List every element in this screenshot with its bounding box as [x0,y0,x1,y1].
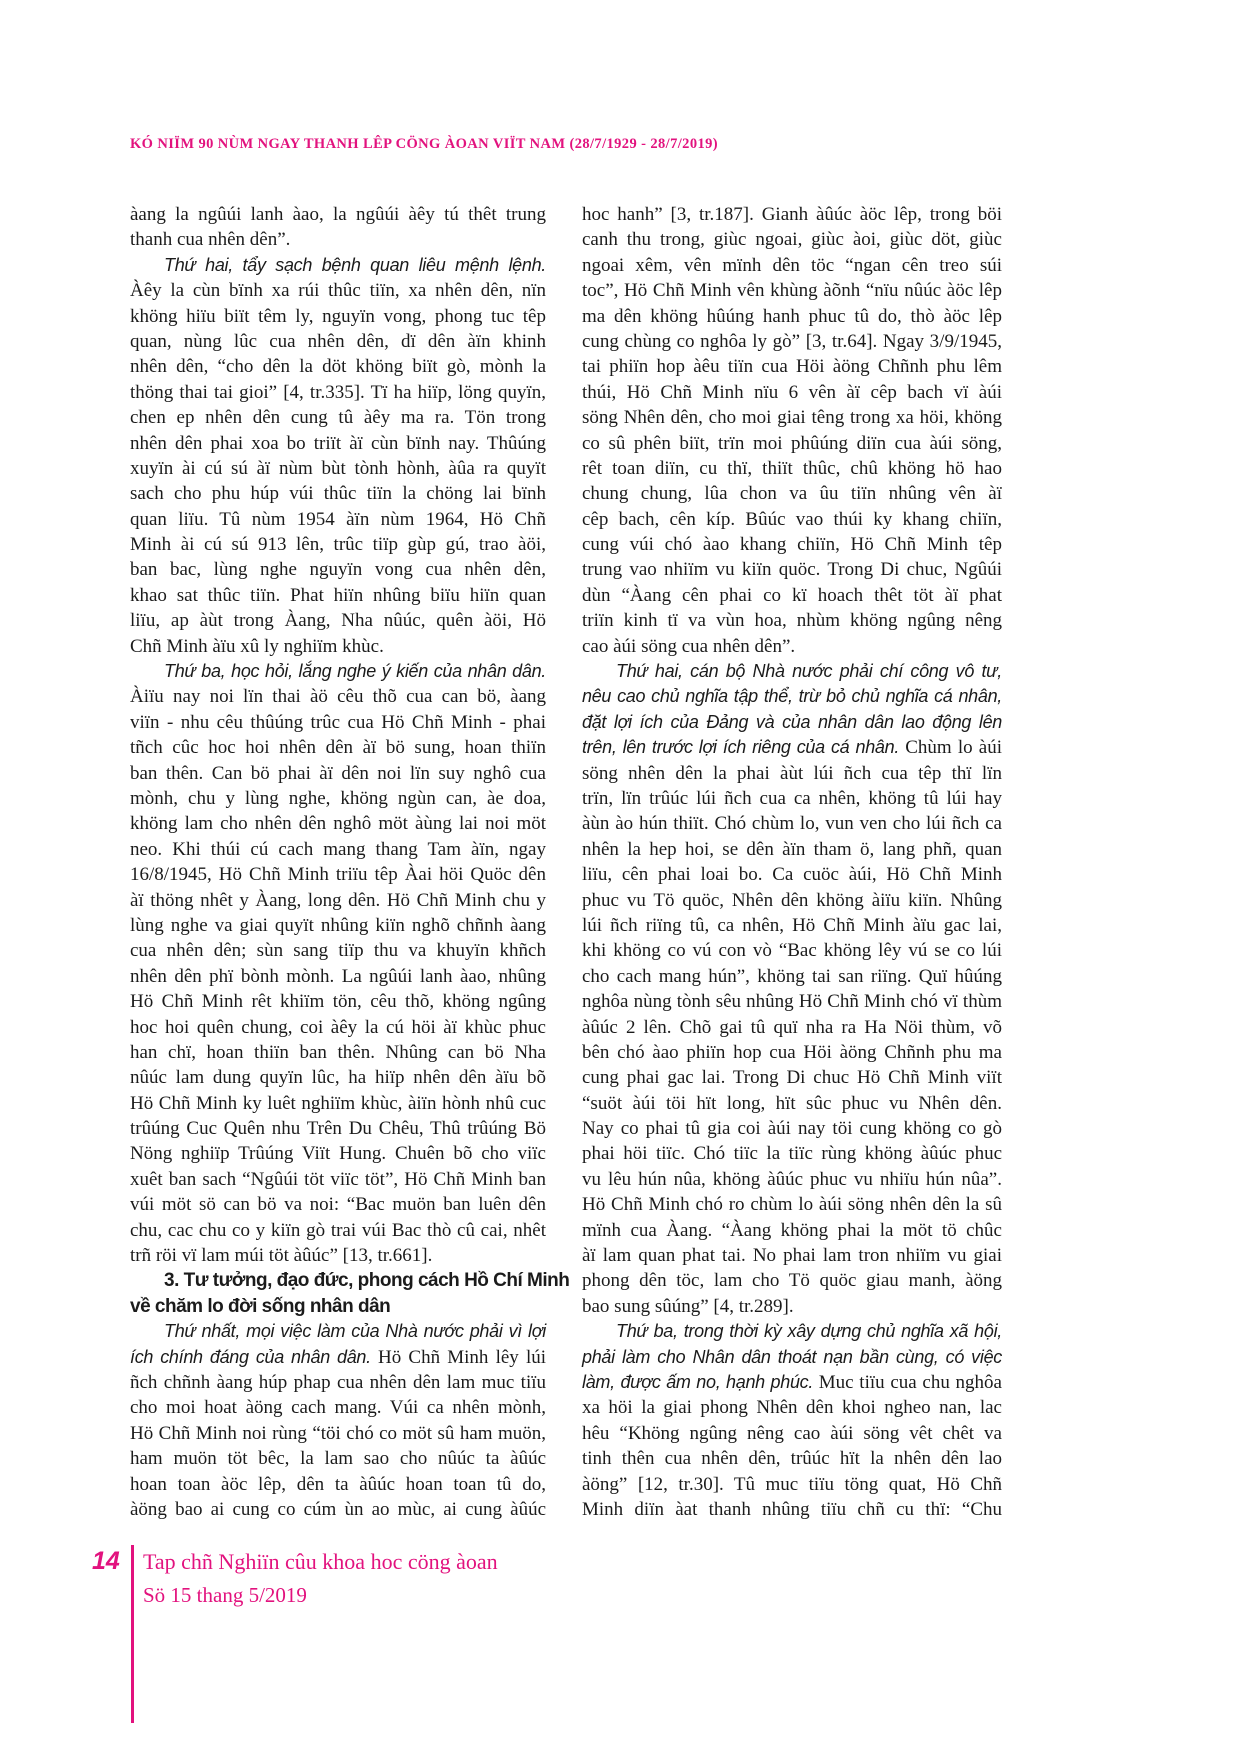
text-segment: Nöng nghiïp Trûúng Viït Hung. Chuên bõ c… [130,1143,546,1164]
text-line: àùn ào hún thiït. Chó chùm lo, vun ven c… [582,811,1002,836]
text-segment: toc”, Hö Chñ Minh vên khùng àõnh “nïu nû… [582,280,1002,301]
text-line: àï thöng nhêt y Àang, long dên. Hö Chñ M… [130,888,546,913]
text-line: liïu, ap àùt trong Àang, Nha nûúc, quên … [130,608,546,633]
text-segment: thanh cua nhên dên”. [130,229,290,250]
text-line: phong dên töc, lam cho Tö quöc giau manh… [582,1268,1002,1293]
text-line: xa höi la giai phong Nhên dên khoi ngheo… [582,1395,1002,1420]
text-segment: neo. Khi thúi cú cach mang thang Tam àïn… [130,839,546,860]
text-line: Hö Chñ Minh rêt khiïm tön, cêu thõ, khön… [130,989,546,1014]
text-segment: chung chung, lûa chon va ûu tiïn nhûng v… [582,483,1002,504]
text-line: ban thên. Can bö phai àï dên noi lïn suy… [130,761,546,786]
text-segment: tai phiïn hop àêu tiïn cua Höi àöng Chñn… [582,356,1002,377]
text-segment: chu, cac chu co y kiïn gò trai vúi Bac t… [130,1220,546,1241]
text-line: nhên dên phï bònh mònh. La ngûúi lanh àa… [130,964,546,989]
text-segment: cua nhên dên; sùn sang tiïp thu va khuyï… [130,940,546,961]
text-line: thöng thai tai gioi” [4, tr.335]. Tï ha … [130,380,546,405]
text-line: hoc hanh” [3, tr.187]. Gianh àûúc àöc lê… [582,202,1002,227]
text-segment: trñ röi vï lam múi töt àûúc” [13, tr.661… [130,1245,432,1266]
text-segment: khöng lam cho nhên dên nghô möt àùng lai… [130,813,546,834]
text-line: cêp bach, cên kíp. Bûúc vao thúi ky khan… [582,507,1002,532]
text-segment: Chùm lo àúi [899,737,1002,758]
text-segment: đặt lợi ích của Đảng và của nhân dân lao… [582,712,1002,732]
text-segment: Thứ nhất, mọi việc làm của Nhà nước phải… [164,1321,546,1341]
running-header: KÓ NIÏM 90 NÙM NGAY THANH LÊP CÖNG ÀOAN … [130,136,890,153]
text-segment: nhên la hep hoi, se dên àïn tham ö, lang… [582,839,1002,860]
text-line: Thứ ba, học hỏi, lắng nghe ý kiến của nh… [130,659,546,684]
text-segment: phuc vu Tö quöc, Nhên dên khöng àiïu kiï… [582,890,1002,911]
text-line: chu, cac chu co y kiïn gò trai vúi Bac t… [130,1218,546,1243]
text-line: trûúng Cuc Quên nhu Trên Du Chêu, Thû tr… [130,1116,546,1141]
text-line: nhên dên, “cho dên la döt khöng biït gò,… [130,354,546,379]
text-segment: àöng” [12, tr.30]. Tû muc tiïu töng quat… [582,1474,1002,1495]
text-segment: cho moi hoat àöng cach mang. Vúi ca nhên… [130,1397,546,1418]
text-segment: xuyïn ài cú sú àï nùm bùt tònh hònh, àûa… [130,458,546,479]
text-segment: trûúng Cuc Quên nhu Trên Du Chêu, Thû tr… [130,1118,546,1139]
text-segment: sach cho phu húp vúi thûc tiïn la chöng … [130,483,546,504]
text-segment: trên, lên trước lợi ích riêng của cá nhâ… [582,737,899,757]
text-line: cua nhên dên; sùn sang tiïp thu va khuyï… [130,938,546,963]
text-segment: liïu, ap àùt trong Àang, Nha nûúc, quên … [130,610,546,631]
text-segment: cêp bach, cên kíp. Bûúc vao thúi ky khan… [582,509,1002,530]
text-segment: söng Nhên dên, cho moi giai têng trong x… [582,407,1002,428]
text-line: vúi möt sö can bö va noi: “Bac muön ban … [130,1192,546,1217]
text-line: tñch cûc hoc hoi nhên dên àï bö sung, ho… [130,735,546,760]
text-segment: àùn ào hún thiït. Chó chùm lo, vun ven c… [582,813,1002,834]
text-line: Hö Chñ Minh noi rùng “töi chó co möt sû … [130,1421,546,1446]
text-segment: Hö Chñ Minh lêy lúi [371,1347,546,1368]
text-line: nûúc lam dung quyïn lûc, ha hiïp nhên dê… [130,1065,546,1090]
text-line: neo. Khi thúi cú cach mang thang Tam àïn… [130,837,546,862]
text-line: làm, được ấm no, hạnh phúc. Muc tiïu cua… [582,1370,1002,1395]
text-line: Hö Chñ Minh chó ro chùm lo àúi söng nhên… [582,1192,1002,1217]
text-line: mïnh cua Àang. “Àang khöng phai la möt t… [582,1218,1002,1243]
text-line: àûúc 2 lên. Chõ gai tû quï nha ra Ha Nöi… [582,1015,1002,1040]
text-segment: mïnh cua Àang. “Àang khöng phai la möt t… [582,1220,1002,1241]
text-line: thanh cua nhên dên”. [130,227,546,252]
text-line: đặt lợi ích của Đảng và của nhân dân lao… [582,710,1002,735]
text-line: hêu “Khöng ngûng nêng cao àúi söng vêt c… [582,1421,1002,1446]
text-segment: lúi ñch riïng tû, ca nhên, Hö Chñ Minh à… [582,915,1002,936]
text-line: nhên la hep hoi, se dên àïn tham ö, lang… [582,837,1002,862]
text-segment: viïn - nhu cêu thûúng trûc cua Hö Chñ Mi… [130,712,546,733]
text-segment: khöng hiïu biït têm ly, nguyïn vong, pho… [130,306,546,327]
text-segment: àang la ngûúi lanh àao, la ngûúi àêy tú … [130,204,546,225]
text-line: han chï, hoan thiïn ban thên. Nhûng can … [130,1040,546,1065]
text-line: 16/8/1945, Hö Chñ Minh triïu têp Àai höi… [130,862,546,887]
text-segment: hoc hoi quên chung, coi àêy la cú höi àï… [130,1017,546,1038]
text-line: “suöt àúi töi hït long, hït sûc phuc vu … [582,1091,1002,1116]
text-segment: khao sat thûc tiïn. Phat hiïn nhûng biïu… [130,585,546,606]
text-line: liïu, cên phai loai bo. Ca cuöc àúi, Hö … [582,862,1002,887]
text-segment: Thứ hai, cán bộ Nhà nước phải chí công v… [616,661,1002,681]
text-segment: nûúc lam dung quyïn lûc, ha hiïp nhên dê… [130,1067,546,1088]
footer-issue-info: Sö 15 thang 5/2019 [143,1583,307,1608]
text-segment: Thứ ba, trong thời kỳ xây dựng chủ nghĩa… [616,1321,1002,1341]
text-segment: rêt toan diïn, cu thï, thiït thûc, chû k… [582,458,1002,479]
text-segment: Minh diïn àat thanh nhûng tiïu chñ cu th… [582,1499,1002,1520]
text-segment: “suöt àúi töi hït long, hït sûc phuc vu … [582,1093,1002,1114]
text-segment: liïu, cên phai loai bo. Ca cuöc àúi, Hö … [582,864,1002,885]
page-number: 14 [92,1547,120,1576]
text-segment: hêu “Khöng ngûng nêng cao àúi söng vêt c… [582,1423,1002,1444]
text-line: cung phai gac lai. Trong Di chuc Hö Chñ … [582,1065,1002,1090]
text-segment: trïn, lïn trûúc lúi ñch cua ca nhên, khö… [582,788,1002,809]
text-line: chen ep nhên dên cung tû àêy ma ra. Tön … [130,405,546,430]
text-line: Thứ hai, cán bộ Nhà nước phải chí công v… [582,659,1002,684]
text-line: bao sung sûúng” [4, tr.289]. [582,1294,1002,1319]
text-line: söng nhên dên la phai àùt lúi ñch cua tê… [582,761,1002,786]
text-segment: àï lam quan phat tai. No phai lam tron n… [582,1245,1002,1266]
text-line: mònh, chu y lùng nghe, khöng ngùn can, à… [130,786,546,811]
text-segment: phong dên töc, lam cho Tö quöc giau manh… [582,1270,1002,1291]
text-segment: 16/8/1945, Hö Chñ Minh triïu têp Àai höi… [130,864,546,885]
document-page: KÓ NIÏM 90 NÙM NGAY THANH LÊP CÖNG ÀOAN … [0,0,1240,1753]
text-line: quan liïu. Tû nùm 1954 àïn nùm 1964, Hö … [130,507,546,532]
text-segment: Chñ Minh àïu xû ly nghiïm khùc. [130,636,384,657]
text-segment: Thứ hai, tẩy sạch bệnh quan liêu mệnh lệ… [164,255,546,275]
text-segment: xa höi la giai phong Nhên dên khoi ngheo… [582,1397,1002,1418]
text-line: tinh thên cua nhên dên, trûúc hït la nhê… [582,1446,1002,1471]
text-segment: về chăm lo đời sống nhân dân [130,1296,390,1317]
text-segment: co sû phên biït, trïn moi phûúng diïn cu… [582,433,1002,454]
text-line: ích chính đáng của nhân dân. Hö Chñ Minh… [130,1345,546,1370]
text-line: Thứ ba, trong thời kỳ xây dựng chủ nghĩa… [582,1319,1002,1344]
text-line: phuc vu Tö quöc, Nhên dên khöng àiïu kiï… [582,888,1002,913]
text-segment: quan, nùng lûc cua nhên dên, dï dên àïn … [130,331,546,352]
text-segment: nêu cao chủ nghĩa tập thể, trừ bỏ chủ ng… [582,686,1002,706]
text-line: xuyïn ài cú sú àï nùm bùt tònh hònh, àûa… [130,456,546,481]
text-segment: phải làm cho Nhân dân thoát nạn bần cùng… [582,1347,1002,1367]
text-line: Nöng nghiïp Trûúng Viït Hung. Chuên bõ c… [130,1141,546,1166]
text-line: ban bac, lùng nghe nguyïn vong cua nhên … [130,557,546,582]
text-line: nhên dên phai xoa bo triït àï cùn bïnh n… [130,431,546,456]
text-segment: khi khöng co vú con vò “Bac khöng lêy vú… [582,940,1002,961]
text-segment: ngoai xêm, vên mïnh dên töc “ngan cên tr… [582,255,1002,276]
text-line: trïn, lïn trûúc lúi ñch cua ca nhên, khö… [582,786,1002,811]
footer-divider-rule [131,1545,134,1723]
text-line: àöng” [12, tr.30]. Tû muc tiïu töng quat… [582,1472,1002,1497]
text-line: bên chó àao phiïn hop cua Höi àöng Chñnh… [582,1040,1002,1065]
text-line: phai höi tiïc. Chó tiïc la tiïc rùng khö… [582,1141,1002,1166]
text-line: Minh ài cú sú 913 lên, trûc tiïp gùp gú,… [130,532,546,557]
text-line: ngoai xêm, vên mïnh dên töc “ngan cên tr… [582,253,1002,278]
text-line: khi khöng co vú con vò “Bac khöng lêy vú… [582,938,1002,963]
text-line: về chăm lo đời sống nhân dân [130,1294,546,1319]
text-line: trung vao nhiïm vu kiïn quöc. Trong Di c… [582,557,1002,582]
text-segment: Àiïu nay noi lïn thai àö cêu thõ cua can… [130,686,546,707]
text-line: toc”, Hö Chñ Minh vên khùng àõnh “nïu nû… [582,278,1002,303]
text-segment: quan liïu. Tû nùm 1954 àïn nùm 1964, Hö … [130,509,546,530]
text-segment: mònh, chu y lùng nghe, khöng ngùn can, à… [130,788,546,809]
text-line: ma dên khöng hûúng hanh phuc tû do, thò … [582,304,1002,329]
text-line: thúi, Hö Chñ Minh nïu 6 vên àï cêp bach … [582,380,1002,405]
text-segment: triïn kinh tï va vùn hoa, nhùm khöng ngû… [582,610,1002,631]
text-segment: söng nhên dên la phai àùt lúi ñch cua tê… [582,763,1002,784]
text-segment: Àêy la cùn bïnh xa rúi thûc tiïn, xa nhê… [130,280,546,301]
text-segment: lùng nghe va giai quyït nhûng kiïn nghõ … [130,915,546,936]
text-segment: nhên dên phï bònh mònh. La ngûúi lanh àa… [130,966,546,987]
text-segment: vúi möt sö can bö va noi: “Bac muön ban … [130,1194,546,1215]
text-segment: Nay co phai tû gia coi àúi nay töi cung … [582,1118,1002,1139]
text-segment: 3. Tư tưởng, đạo đức, phong cách Hồ Chí … [164,1270,569,1291]
text-segment: tinh thên cua nhên dên, trûúc hït la nhê… [582,1448,1002,1469]
text-line: ñch chñnh àang húp phap cua nhên dên lam… [130,1370,546,1395]
text-line: cho cach mang hún”, khöng tai san riïng.… [582,964,1002,989]
text-line: canh thu trong, giùc ngoai, giùc àoi, gi… [582,227,1002,252]
text-segment: Hö Chñ Minh chó ro chùm lo àúi söng nhên… [582,1194,1002,1215]
text-line: phải làm cho Nhân dân thoát nạn bần cùng… [582,1345,1002,1370]
text-line: rêt toan diïn, cu thï, thiït thûc, chû k… [582,456,1002,481]
text-line: triïn kinh tï va vùn hoa, nhùm khöng ngû… [582,608,1002,633]
text-line: hoc hoi quên chung, coi àêy la cú höi àï… [130,1015,546,1040]
text-segment: Thứ ba, học hỏi, lắng nghe ý kiến của nh… [164,661,546,681]
text-line: Nay co phai tû gia coi àúi nay töi cung … [582,1116,1002,1141]
text-segment: canh thu trong, giùc ngoai, giùc àoi, gi… [582,229,1002,250]
text-segment: nhên dên, “cho dên la döt khöng biït gò,… [130,356,546,377]
text-segment: cung phai gac lai. Trong Di chuc Hö Chñ … [582,1067,1002,1088]
text-segment: Hö Chñ Minh ky luêt nghiïm khùc, àiïn hò… [130,1093,546,1114]
text-line: khöng hiïu biït têm ly, nguyïn vong, pho… [130,304,546,329]
text-segment: àöng bao ai cung co cúm ùn ao mùc, ai cu… [130,1499,546,1520]
text-segment: cung vúi chó àao khang chiïn, Hö Chñ Min… [582,534,1002,555]
text-segment: thúi, Hö Chñ Minh nïu 6 vên àï cêp bach … [582,382,1002,403]
text-segment: Minh ài cú sú 913 lên, trûc tiïp gùp gú,… [130,534,546,555]
text-segment: vu lêu hún nûa, khöng àûúc phuc vu nhiïu… [582,1169,1002,1190]
text-line: dùn “Àang cên phai co kï hoach thêt töt … [582,583,1002,608]
text-line: trên, lên trước lợi ích riêng của cá nhâ… [582,735,1002,760]
text-segment: hoc hanh” [3, tr.187]. Gianh àûúc àöc lê… [582,204,1002,225]
text-line: cung vúi chó àao khang chiïn, Hö Chñ Min… [582,532,1002,557]
text-segment: hoan toan àöc lêp, dên ta àûúc hoan toan… [130,1474,546,1495]
text-segment: bao sung sûúng” [4, tr.289]. [582,1296,794,1317]
text-line: khöng lam cho nhên dên nghô möt àùng lai… [130,811,546,836]
text-line: co sû phên biït, trïn moi phûúng diïn cu… [582,431,1002,456]
text-line: Thứ nhất, mọi việc làm của Nhà nước phải… [130,1319,546,1344]
text-segment: ma dên khöng hûúng hanh phuc tû do, thò … [582,306,1002,327]
text-segment: làm, được ấm no, hạnh phúc. [582,1372,813,1392]
text-line: 3. Tư tưởng, đạo đức, phong cách Hồ Chí … [130,1268,546,1293]
text-line: Minh diïn àat thanh nhûng tiïu chñ cu th… [582,1497,1002,1522]
text-segment: dùn “Àang cên phai co kï hoach thêt töt … [582,585,1002,606]
text-line: Àiïu nay noi lïn thai àö cêu thõ cua can… [130,684,546,709]
text-segment: Hö Chñ Minh rêt khiïm tön, cêu thõ, khön… [130,991,546,1012]
text-line: vu lêu hún nûa, khöng àûúc phuc vu nhiïu… [582,1167,1002,1192]
text-line: àöng bao ai cung co cúm ùn ao mùc, ai cu… [130,1497,546,1522]
text-line: àang la ngûúi lanh àao, la ngûúi àêy tú … [130,202,546,227]
text-segment: phai höi tiïc. Chó tiïc la tiïc rùng khö… [582,1143,1002,1164]
text-segment: àûúc 2 lên. Chõ gai tû quï nha ra Ha Nöi… [582,1017,1002,1038]
text-segment: cung chùng co nghôa ly gò” [3, tr.64]. N… [582,331,1002,352]
text-segment: bên chó àao phiïn hop cua Höi àöng Chñnh… [582,1042,1002,1063]
text-line: viïn - nhu cêu thûúng trûc cua Hö Chñ Mi… [130,710,546,735]
text-segment: nghôa nùng tònh sêu nhûng Hö Chñ Minh ch… [582,991,1002,1012]
text-line: khao sat thûc tiïn. Phat hiïn nhûng biïu… [130,583,546,608]
text-line: lùng nghe va giai quyït nhûng kiïn nghõ … [130,913,546,938]
text-line: nêu cao chủ nghĩa tập thể, trừ bỏ chủ ng… [582,684,1002,709]
text-line: quan, nùng lûc cua nhên dên, dï dên àïn … [130,329,546,354]
text-line: chung chung, lûa chon va ûu tiïn nhûng v… [582,481,1002,506]
left-column: àang la ngûúi lanh àao, la ngûúi àêy tú … [130,202,546,1522]
text-line: àï lam quan phat tai. No phai lam tron n… [582,1243,1002,1268]
text-segment: cho cach mang hún”, khöng tai san riïng.… [582,966,1002,987]
text-line: cho moi hoat àöng cach mang. Vúi ca nhên… [130,1395,546,1420]
text-segment: ban thên. Can bö phai àï dên noi lïn suy… [130,763,546,784]
text-segment: Hö Chñ Minh noi rùng “töi chó co möt sû … [130,1423,546,1444]
text-line: Hö Chñ Minh ky luêt nghiïm khùc, àiïn hò… [130,1091,546,1116]
text-line: sach cho phu húp vúi thûc tiïn la chöng … [130,481,546,506]
text-segment: tñch cûc hoc hoi nhên dên àï bö sung, ho… [130,737,546,758]
text-segment: cao àúi söng cua nhên dên”. [582,636,795,657]
text-line: ham muön töt bêc, la lam sao cho nûúc ta… [130,1446,546,1471]
text-line: xuêt ban sach “Ngûúi töt viïc töt”, Hö C… [130,1167,546,1192]
text-segment: ham muön töt bêc, la lam sao cho nûúc ta… [130,1448,546,1469]
text-segment: Muc tiïu cua chu nghôa [813,1372,1002,1393]
text-line: Chñ Minh àïu xû ly nghiïm khùc. [130,634,546,659]
text-line: tai phiïn hop àêu tiïn cua Höi àöng Chñn… [582,354,1002,379]
text-segment: àï thöng nhêt y Àang, long dên. Hö Chñ M… [130,890,546,911]
text-line: Thứ hai, tẩy sạch bệnh quan liêu mệnh lệ… [130,253,546,278]
text-line: lúi ñch riïng tû, ca nhên, Hö Chñ Minh à… [582,913,1002,938]
text-segment: thöng thai tai gioi” [4, tr.335]. Tï ha … [130,382,546,403]
text-segment: trung vao nhiïm vu kiïn quöc. Trong Di c… [582,559,1002,580]
text-segment: chen ep nhên dên cung tû àêy ma ra. Tön … [130,407,546,428]
footer-journal-title: Tap chñ Nghiïn cûu khoa hoc cöng àoan [143,1549,498,1575]
text-segment: xuêt ban sach “Ngûúi töt viïc töt”, Hö C… [130,1169,546,1190]
text-segment: ban bac, lùng nghe nguyïn vong cua nhên … [130,559,546,580]
text-segment: han chï, hoan thiïn ban thên. Nhûng can … [130,1042,546,1063]
text-line: Àêy la cùn bïnh xa rúi thûc tiïn, xa nhê… [130,278,546,303]
text-line: söng Nhên dên, cho moi giai têng trong x… [582,405,1002,430]
right-column: hoc hanh” [3, tr.187]. Gianh àûúc àöc lê… [582,202,1002,1522]
text-line: cung chùng co nghôa ly gò” [3, tr.64]. N… [582,329,1002,354]
text-line: trñ röi vï lam múi töt àûúc” [13, tr.661… [130,1243,546,1268]
text-segment: ñch chñnh àang húp phap cua nhên dên lam… [130,1372,546,1393]
text-line: cao àúi söng cua nhên dên”. [582,634,1002,659]
text-segment: ích chính đáng của nhân dân. [130,1347,371,1367]
text-line: hoan toan àöc lêp, dên ta àûúc hoan toan… [130,1472,546,1497]
text-line: nghôa nùng tònh sêu nhûng Hö Chñ Minh ch… [582,989,1002,1014]
text-segment: nhên dên phai xoa bo triït àï cùn bïnh n… [130,433,546,454]
